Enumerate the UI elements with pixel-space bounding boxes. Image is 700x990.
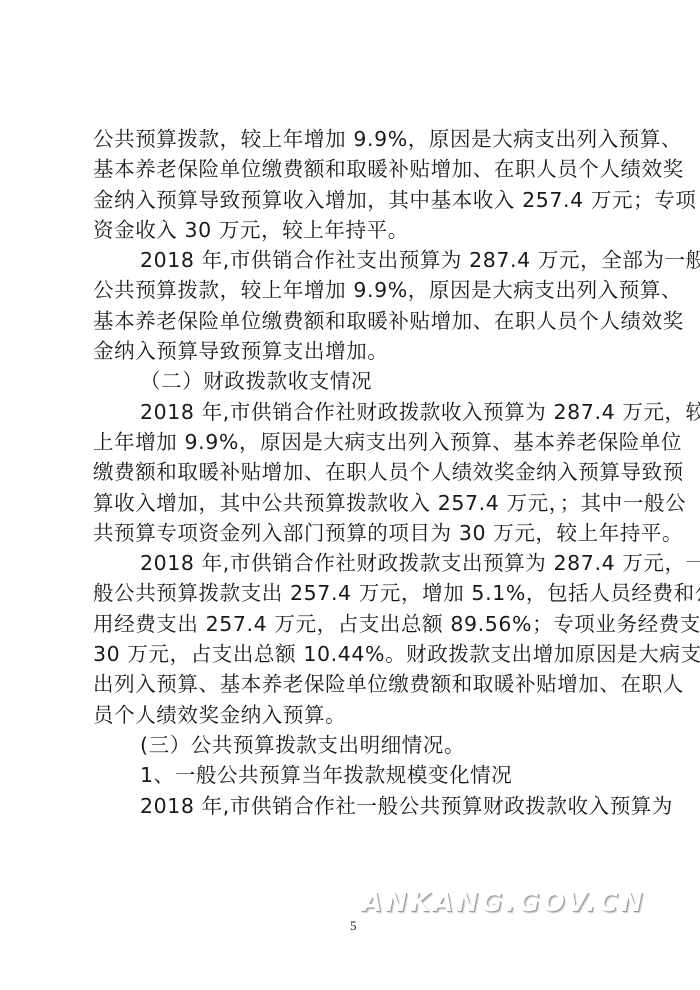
- paragraph-start: 2018 年,市供销合作社财政拨款支出预算为 287.4 万元，一: [93, 548, 615, 578]
- page-number: 5: [350, 918, 357, 934]
- text-line: 缴费额和取暖补贴增加、在职人员个人绩效奖金纳入预算导致预: [93, 457, 615, 487]
- text-line: 基本养老保险单位缴费额和取暖补贴增加、在职人员个人绩效奖: [93, 306, 615, 336]
- subsection-heading: 1、一般公共预算当年拨款规模变化情况: [93, 760, 615, 790]
- text-line: 共预算专项资金列入部门预算的项目为 30 万元，较上年持平。: [93, 518, 615, 548]
- text-line: 资金收入 30 万元，较上年持平。: [93, 215, 615, 245]
- section-heading: （二）财政拨款收支情况: [93, 366, 615, 396]
- paragraph-start: 2018 年,市供销合作社支出预算为 287.4 万元，全部为一般: [93, 245, 615, 275]
- text-line: 员个人绩效奖金纳入预算。: [93, 700, 615, 730]
- paragraph-start: 2018 年,市供销合作社一般公共预算财政拨款收入预算为: [93, 791, 615, 821]
- text-line: 用经费支出 257.4 万元，占支出总额 89.56%；专项业务经费支出: [93, 609, 615, 639]
- watermark: ANKANG.GOV.CN: [362, 888, 645, 918]
- text-line: 基本养老保险单位缴费额和取暖补贴增加、在职人员个人绩效奖: [93, 154, 615, 184]
- text-line: 金纳入预算导致预算收入增加，其中基本收入 257.4 万元；专项: [93, 185, 615, 215]
- document-body: 公共预算拨款，较上年增加 9.9%，原因是大病支出列入预算、 基本养老保险单位缴…: [93, 124, 615, 821]
- text-line: 出列入预算、基本养老保险单位缴费额和取暖补贴增加、在职人: [93, 669, 615, 699]
- section-heading: (三）公共预算拨款支出明细情况。: [93, 730, 615, 760]
- text-line: 30 万元，占支出总额 10.44%。财政拨款支出增加原因是大病支: [93, 639, 615, 669]
- text-line: 算收入增加，其中公共预算拨款收入 257.4 万元，；其中一般公: [93, 488, 615, 518]
- text-line: 公共预算拨款，较上年增加 9.9%，原因是大病支出列入预算、: [93, 124, 615, 154]
- text-line: 金纳入预算导致预算支出增加。: [93, 336, 615, 366]
- text-line: 上年增加 9.9%，原因是大病支出列入预算、基本养老保险单位: [93, 427, 615, 457]
- text-line: 公共预算拨款，较上年增加 9.9%，原因是大病支出列入预算、: [93, 275, 615, 305]
- paragraph-start: 2018 年,市供销合作社财政拨款收入预算为 287.4 万元，较: [93, 397, 615, 427]
- text-line: 般公共预算拨款支出 257.4 万元，增加 5.1%，包括人员经费和公: [93, 578, 615, 608]
